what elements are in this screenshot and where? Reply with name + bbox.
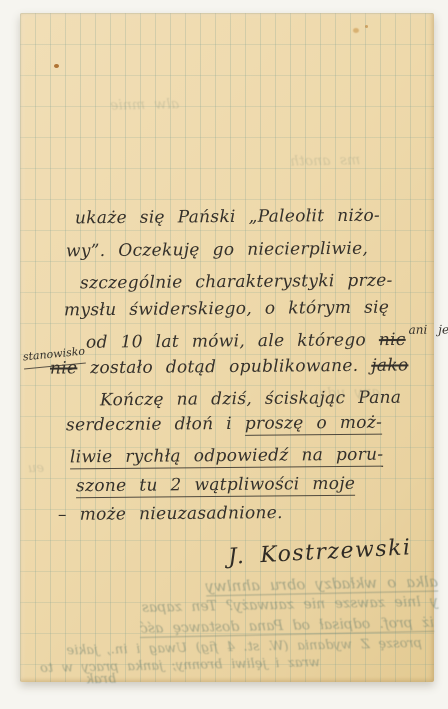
underlined-text: liwie rychłą odpowiedź na poru- [70,445,384,470]
letter-line: ukaże się Pański „Paleolit niżo- [75,205,380,230]
letter-line: Kończę na dziś, ściskając Pana [100,387,401,412]
letter-text-part: serdecznie dłoń i [66,414,245,436]
bleed-through-mark: alw mnie [110,96,180,113]
underlined-text: szone tu 2 wątpliwości moje [76,474,355,498]
letter-line: wy”. Oczekuję go niecierpliwie, [66,238,368,263]
bleed-through-line: alka o wkładzy obru ahnlwy [108,573,438,598]
bleed-through-text: alka o wkładzy obru ahnlwy [205,573,438,597]
paper-stain [353,28,359,33]
letter-line: – może nieuzasadnione. [58,502,283,526]
bleed-through-text: iż prof. odpisał od Pana dostawcę aść [140,615,434,638]
bleed-through-mark: ms anoth [290,152,361,169]
bleed-through-line: proszę Z wydania (W. st. 4 fig) Uwag i i… [42,636,422,659]
scanned-letter: alw mnie ms anoth any udz eu ukaże się P… [0,0,448,709]
letter-text-part: mysłu świderskiego, o którym się [64,298,389,321]
bleed-through-line: iż prof. odpisał od Pana dostawcę aść [36,615,434,639]
underlined-text: proszę o moż- [245,413,382,436]
letter-line: stanowiskonie zostało dotąd opublikowane… [50,354,409,379]
signature: J. Kostrzewski [227,535,412,570]
rust-stain [54,64,59,68]
letter-line: od 10 lat mówi, ale którego nicani jedno [86,328,448,354]
inserted-word: ani jedno [409,322,448,337]
bleed-through-line: y lnie zawsze nie zauważy? Ten zapas [34,594,438,618]
letter-line: mysłu świderskiego, o którym się [64,297,389,322]
letter-line: szczególnie charakterystyki prze- [80,270,393,295]
bleed-through-text: proszę Z wydania (W. st. 4 fig) Uwag i i… [66,636,422,658]
letter-line: liwie rychłą odpowiedź na poru- [70,444,384,469]
struck-word: nic [379,330,406,350]
bleed-through-mark: eu [28,461,44,476]
bleed-through-text: brak [86,672,116,688]
letter-text-part: wy”. Oczekuję go niecierpliwie, [66,239,368,262]
letter-line: serdecznie dłoń i proszę o moż- [66,412,382,437]
struck-word: jako [371,355,408,375]
bleed-through-text: wraz i jęliwi bronny; janka pracy w to [40,655,320,676]
letter-text-part: zostało dotąd opublikowane. [77,356,371,379]
letter-text-part: szczególnie charakterystyki prze- [80,271,393,294]
letter-text-part: Kończę na dziś, ściskając Pana [100,388,401,411]
letter-text-part: od 10 lat mówi, ale którego [86,330,379,353]
letter-text-part: ukaże się Pański „Paleolit niżo- [75,206,380,229]
bleed-through-line: brak [86,672,116,688]
paper-stain [365,25,368,28]
letter-page: alw mnie ms anoth any udz eu ukaże się P… [20,13,434,682]
letter-line: szone tu 2 wątpliwości moje [76,473,355,497]
bleed-through-text: y lnie zawsze nie zauważy? Ten zapas [142,594,439,616]
letter-text-part: – może nieuzasadnione. [58,503,283,525]
